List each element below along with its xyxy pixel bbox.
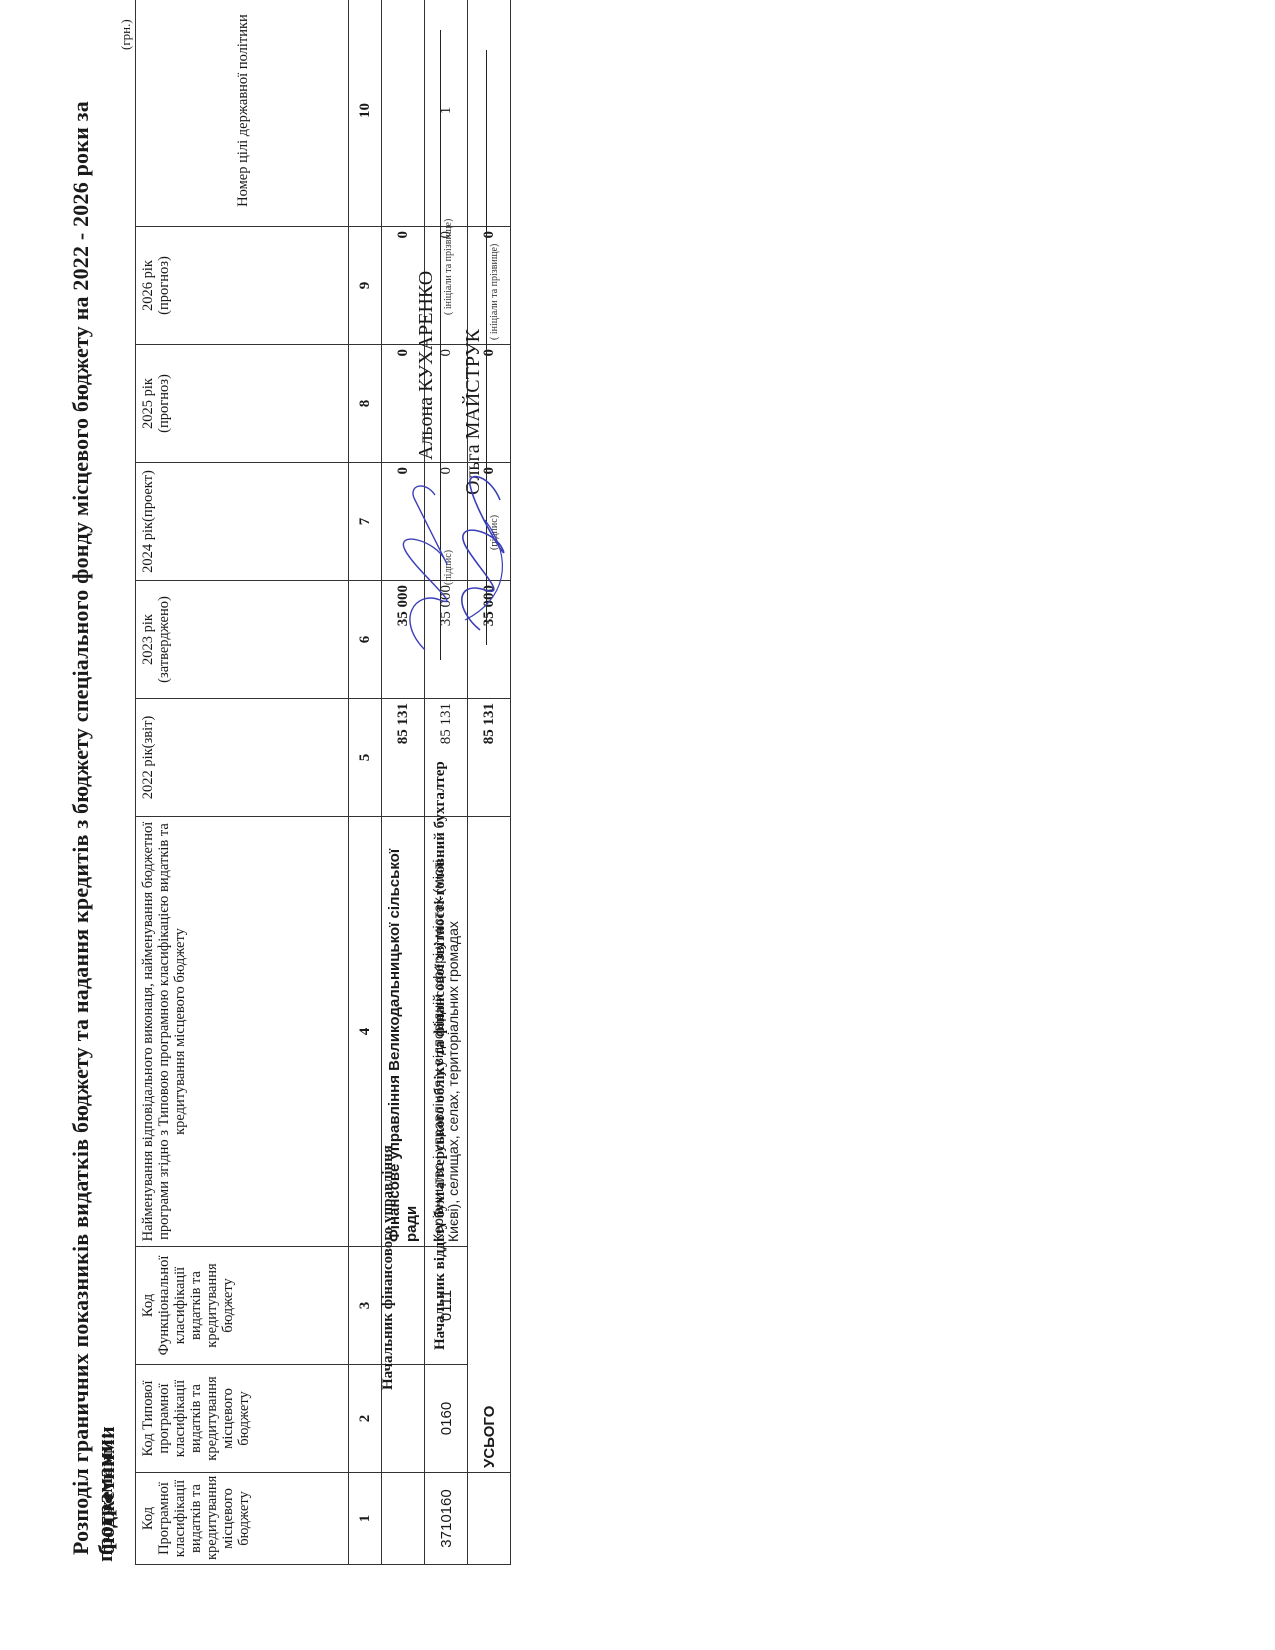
col-num: 10 <box>349 0 382 227</box>
header-2022: 2022 рік(звіт) <box>136 699 349 817</box>
handwritten-signature-icon <box>385 460 525 660</box>
document-sheet: Розподіл граничних показників видатків б… <box>0 0 1275 1650</box>
header-typical-code: Код Типової програмної класифікації вида… <box>136 1365 349 1473</box>
col-num: 3 <box>349 1247 382 1365</box>
document-title-continued: програмами: <box>92 1432 118 1562</box>
header-program-code: Код Програмної класифікації видатків та … <box>136 1473 349 1565</box>
col-num: 2 <box>349 1365 382 1473</box>
signatory-position-1: Начальник фінансового управління <box>380 1145 397 1390</box>
col-num: 4 <box>349 817 382 1247</box>
header-2026: 2026 рік (прогноз) <box>136 227 349 345</box>
cell-empty <box>468 0 511 227</box>
column-number-row: 1 2 3 4 5 6 7 8 9 10 <box>349 0 382 1565</box>
cell-2022: 85 131 <box>382 699 425 817</box>
name-line-2 <box>486 50 487 490</box>
unit-label: (грн.) <box>118 19 134 50</box>
table-header-row: Код Програмної класифікації видатків та … <box>136 0 349 1565</box>
header-name: Найменування відповідального виконаця, н… <box>136 817 349 1247</box>
col-num: 5 <box>349 699 382 817</box>
col-num: 8 <box>349 345 382 463</box>
total-2022: 85 131 <box>468 699 511 817</box>
header-policy-goal: Номер цілі державної політики <box>136 0 349 227</box>
signatory-name-1: Альона КУХАРЕНКО <box>415 271 438 460</box>
total-label: УСЬОГО <box>468 817 511 1473</box>
header-functional-code: Код Функціональної класифікації видатків… <box>136 1247 349 1365</box>
document-title: Розподіл граничних показників видатків б… <box>68 0 120 1555</box>
cell-program-code <box>382 1473 425 1565</box>
budget-table: Код Програмної класифікації видатків та … <box>135 0 511 1565</box>
col-num: 6 <box>349 581 382 699</box>
header-2025: 2025 рік (прогноз) <box>136 345 349 463</box>
col-num: 7 <box>349 463 382 581</box>
signatory-position-2: Начальник відділу бухгалтерського обліку… <box>432 761 449 1350</box>
name-caption-2: ( ініціали та прізвище) <box>489 244 500 340</box>
col-num: 9 <box>349 227 382 345</box>
name-caption-1: ( ініціали та прізвище) <box>443 219 454 315</box>
col-num: 1 <box>349 1473 382 1565</box>
cell-typical-code: 0160 <box>425 1365 468 1473</box>
total-row: УСЬОГО 85 131 35 000 0 0 0 <box>468 0 511 1565</box>
header-2024: 2024 рік(проект) <box>136 463 349 581</box>
cell-policy-goal: 1 <box>425 0 468 227</box>
header-2023: 2023 рік (затверджено) <box>136 581 349 699</box>
cell-policy-goal <box>382 0 425 227</box>
cell-empty <box>468 1473 511 1565</box>
name-line-1 <box>440 30 441 490</box>
cell-program-code: 3710160 <box>425 1473 468 1565</box>
